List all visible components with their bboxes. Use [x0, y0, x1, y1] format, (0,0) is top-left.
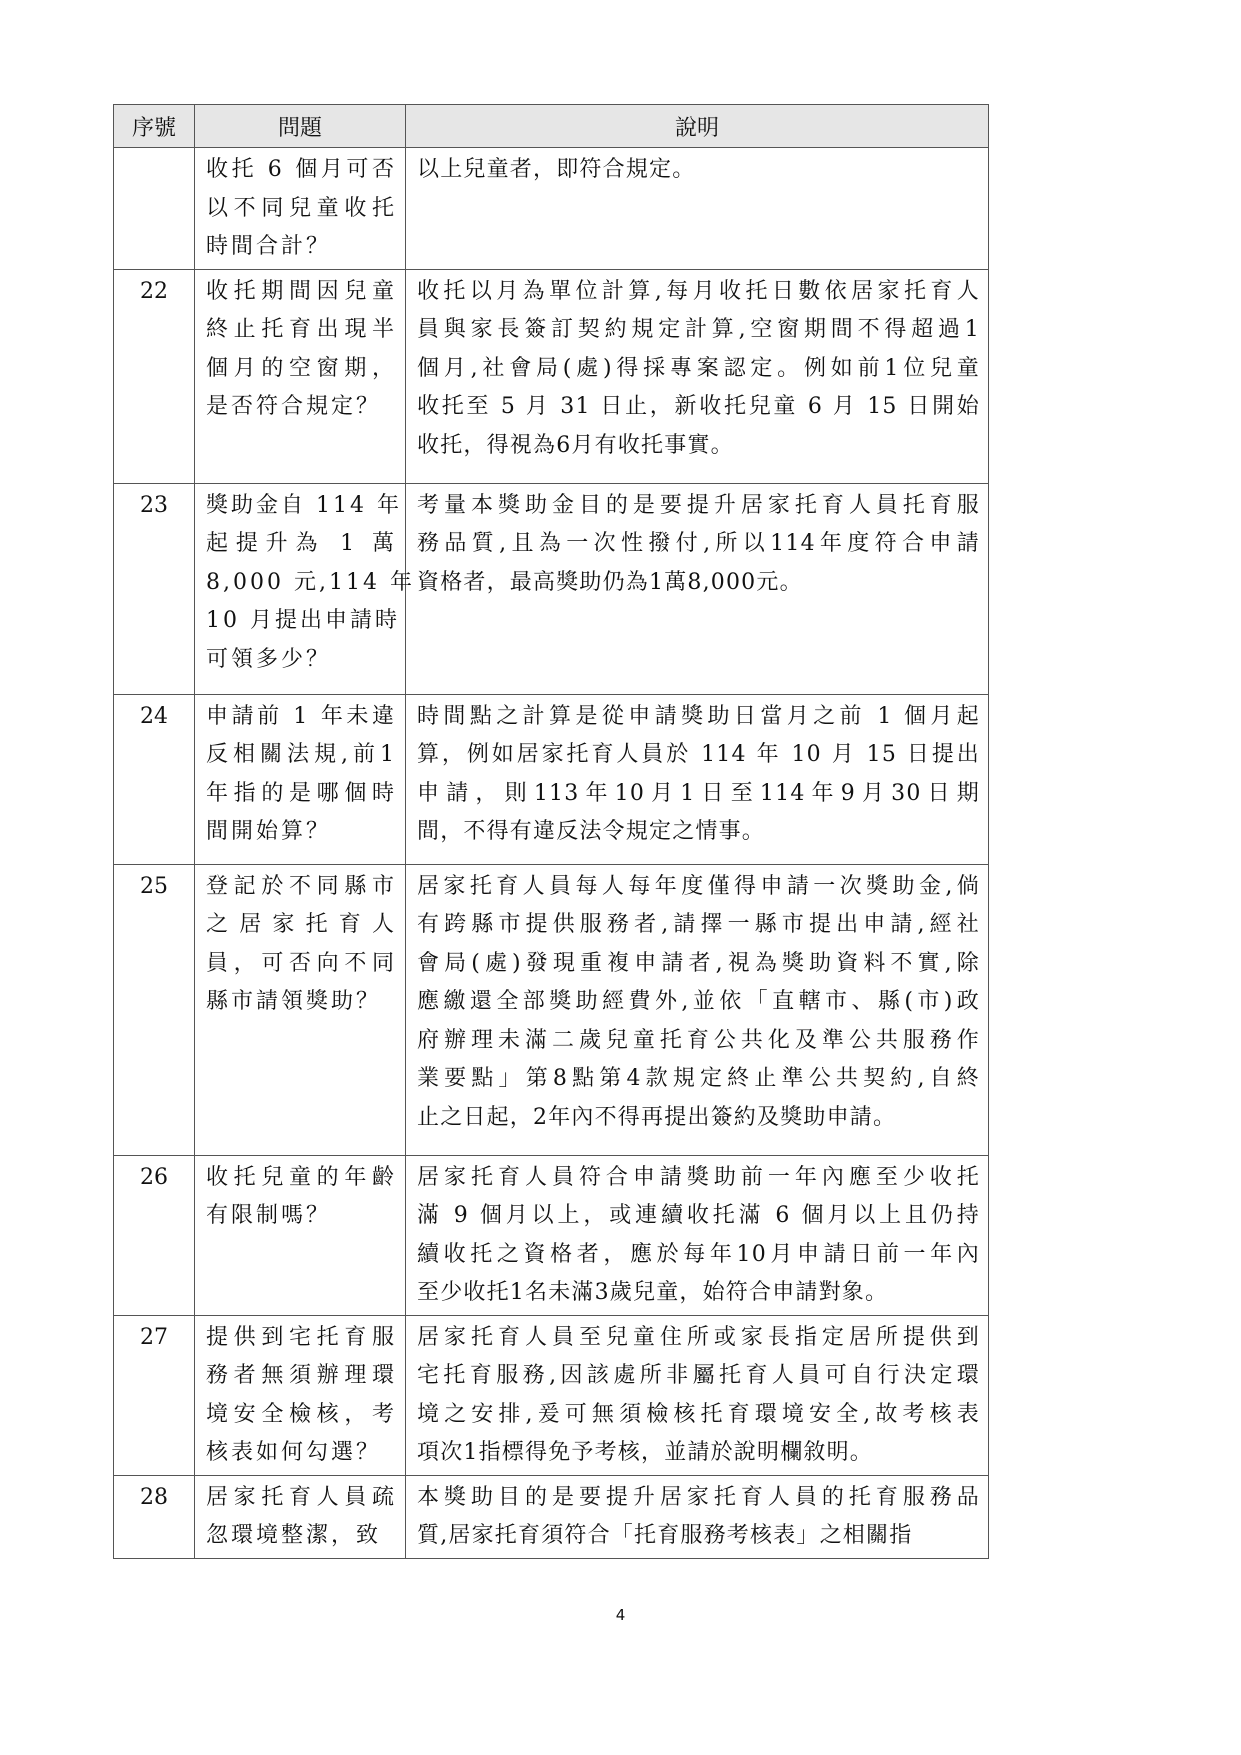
question-line: 有限制嗎？: [206, 1197, 397, 1236]
answer-line: 有跨縣市提供服務者,請擇一縣市提出申請,經社: [417, 906, 980, 945]
answer-cell: 居家托育人員每人每年度僅得申請一次獎助金,倘有跨縣市提供服務者,請擇一縣市提出申…: [406, 864, 989, 1155]
table-body: 收托 6 個月可否以不同兒童收托時間合計？以上兒童者，即符合規定。22收托期間因…: [114, 148, 989, 1559]
answer-line: 時間點之計算是從申請獎助日當月之前 1 個月起: [417, 698, 980, 737]
question-line: 境安全檢核，考: [206, 1396, 397, 1435]
question-line: 之居家托育人: [206, 906, 397, 945]
answer-line: 會局(處)發現重複申請者,視為獎助資料不實,除: [417, 945, 980, 984]
answer-line: 員與家長簽訂契約規定計算,空窗期間不得超過1: [417, 311, 980, 350]
answer-line: 項次1指標得免予考核，並請於說明欄敘明。: [417, 1434, 980, 1473]
answer-line: 本獎助目的是要提升居家托育人員的托育服務品: [417, 1479, 980, 1518]
question-cell: 獎助金自 114 年起提升為 1 萬8,000 元,114 年10 月提出申請時…: [195, 483, 406, 694]
answer-line: 申請，則113年10月1日至114年9月30日期: [417, 775, 980, 814]
document-page: 序號 問題 說明 收托 6 個月可否以不同兒童收托時間合計？以上兒童者，即符合規…: [0, 0, 1241, 1755]
question-line: 間開始算？: [206, 813, 397, 852]
row-number: 24: [114, 694, 195, 864]
answer-line: 境之安排,爰可無須檢核托育環境安全,故考核表: [417, 1396, 980, 1435]
question-line: 10 月提出申請時: [206, 602, 397, 641]
answer-line: 至少收托1名未滿3歲兒童，始符合申請對象。: [417, 1274, 980, 1313]
row-number: 22: [114, 269, 195, 483]
answer-line: 滿 9 個月以上，或連續收托滿 6 個月以上且仍持: [417, 1197, 980, 1236]
question-line: 提供到宅托育服: [206, 1319, 397, 1358]
question-line: 年指的是哪個時: [206, 775, 397, 814]
question-line: 縣市請領獎助？: [206, 983, 397, 1022]
answer-line: 府辦理未滿二歲兒童托育公共化及準公共服務作: [417, 1022, 980, 1061]
row-number: 28: [114, 1475, 195, 1558]
answer-cell: 居家托育人員符合申請獎助前一年內應至少收托滿 9 個月以上，或連續收托滿 6 個…: [406, 1155, 989, 1315]
answer-cell: 考量本獎助金目的是要提升居家托育人員托育服務品質,且為一次性撥付,所以114年度…: [406, 483, 989, 694]
faq-table: 序號 問題 說明 收托 6 個月可否以不同兒童收托時間合計？以上兒童者，即符合規…: [113, 104, 989, 1559]
row-number: 23: [114, 483, 195, 694]
question-line: 以不同兒童收托: [206, 190, 397, 229]
answer-line: 續收托之資格者，應於每年10月申請日前一年內: [417, 1236, 980, 1275]
answer-line: 以上兒童者，即符合規定。: [417, 151, 980, 190]
question-line: 8,000 元,114 年: [206, 564, 397, 603]
column-header-question: 問題: [195, 105, 406, 148]
answer-line: 居家托育人員每人每年度僅得申請一次獎助金,倘: [417, 868, 980, 907]
table-header-row: 序號 問題 說明: [114, 105, 989, 148]
question-line: 是否符合規定？: [206, 388, 397, 427]
question-line: 居家托育人員疏: [206, 1479, 397, 1518]
question-line: 起提升為 1 萬: [206, 525, 397, 564]
question-line: 核表如何勾選？: [206, 1434, 397, 1473]
table-row: 24申請前 1 年未違反相關法規,前1年指的是哪個時間開始算？時間點之計算是從申…: [114, 694, 989, 864]
table-row: 26收托兒童的年齡有限制嗎？居家托育人員符合申請獎助前一年內應至少收托滿 9 個…: [114, 1155, 989, 1315]
question-cell: 登記於不同縣市之居家托育人員，可否向不同縣市請領獎助？: [195, 864, 406, 1155]
answer-line: 資格者，最高獎助仍為1萬8,000元。: [417, 564, 980, 603]
answer-line: 收托至 5 月 31 日止，新收托兒童 6 月 15 日開始: [417, 388, 980, 427]
answer-line: 收托，得視為6月有收托事實。: [417, 427, 980, 466]
answer-line: 算，例如居家托育人員於 114 年 10 月 15 日提出: [417, 736, 980, 775]
answer-line: 務品質,且為一次性撥付,所以114年度符合申請: [417, 525, 980, 564]
row-number: 25: [114, 864, 195, 1155]
question-cell: 收托兒童的年齡有限制嗎？: [195, 1155, 406, 1315]
row-number: 26: [114, 1155, 195, 1315]
question-line: 員，可否向不同: [206, 945, 397, 984]
question-line: 終止托育出現半: [206, 311, 397, 350]
question-line: 收托 6 個月可否: [206, 151, 397, 190]
table-row: 收托 6 個月可否以不同兒童收托時間合計？以上兒童者，即符合規定。: [114, 148, 989, 270]
answer-line: 收托以月為單位計算,每月收托日數依居家托育人: [417, 273, 980, 312]
answer-cell: 時間點之計算是從申請獎助日當月之前 1 個月起算，例如居家托育人員於 114 年…: [406, 694, 989, 864]
question-line: 可領多少？: [206, 641, 397, 680]
question-line: 申請前 1 年未違: [206, 698, 397, 737]
row-number: 27: [114, 1315, 195, 1475]
answer-line: 考量本獎助金目的是要提升居家托育人員托育服: [417, 487, 980, 526]
page-number: 4: [0, 1606, 1241, 1624]
question-line: 個月的空窗期，: [206, 350, 397, 389]
question-line: 忽環境整潔，致: [206, 1517, 397, 1556]
question-line: 反相關法規,前1: [206, 736, 397, 775]
table-row: 28居家托育人員疏忽環境整潔，致本獎助目的是要提升居家托育人員的托育服務品質,居…: [114, 1475, 989, 1558]
question-cell: 收托 6 個月可否以不同兒童收托時間合計？: [195, 148, 406, 270]
answer-line: 宅托育服務,因該處所非屬托育人員可自行決定環: [417, 1357, 980, 1396]
table-row: 23獎助金自 114 年起提升為 1 萬8,000 元,114 年10 月提出申…: [114, 483, 989, 694]
table-row: 27提供到宅托育服務者無須辦理環境安全檢核，考核表如何勾選？居家托育人員至兒童住…: [114, 1315, 989, 1475]
answer-line: 居家托育人員至兒童住所或家長指定居所提供到: [417, 1319, 980, 1358]
answer-cell: 本獎助目的是要提升居家托育人員的托育服務品質,居家托育須符合「托育服務考核表」之…: [406, 1475, 989, 1558]
question-line: 時間合計？: [206, 228, 397, 267]
answer-line: 間，不得有違反法令規定之情事。: [417, 813, 980, 852]
question-cell: 提供到宅托育服務者無須辦理環境安全檢核，考核表如何勾選？: [195, 1315, 406, 1475]
answer-cell: 居家托育人員至兒童住所或家長指定居所提供到宅托育服務,因該處所非屬托育人員可自行…: [406, 1315, 989, 1475]
question-line: 獎助金自 114 年: [206, 487, 397, 526]
row-number: [114, 148, 195, 270]
question-line: 收托期間因兒童: [206, 273, 397, 312]
question-cell: 居家托育人員疏忽環境整潔，致: [195, 1475, 406, 1558]
question-line: 務者無須辦理環: [206, 1357, 397, 1396]
answer-line: 個月,社會局(處)得採專案認定。例如前1位兒童: [417, 350, 980, 389]
question-cell: 申請前 1 年未違反相關法規,前1年指的是哪個時間開始算？: [195, 694, 406, 864]
question-line: 登記於不同縣市: [206, 868, 397, 907]
question-cell: 收托期間因兒童終止托育出現半個月的空窗期，是否符合規定？: [195, 269, 406, 483]
column-header-no: 序號: [114, 105, 195, 148]
answer-cell: 以上兒童者，即符合規定。: [406, 148, 989, 270]
table-row: 22收托期間因兒童終止托育出現半個月的空窗期，是否符合規定？收托以月為單位計算,…: [114, 269, 989, 483]
answer-line: 止之日起，2年內不得再提出簽約及獎助申請。: [417, 1099, 980, 1138]
answer-line: 業要點」第8點第4款規定終止準公共契約,自終: [417, 1060, 980, 1099]
question-line: 收托兒童的年齡: [206, 1159, 397, 1198]
answer-line: 質,居家托育須符合「托育服務考核表」之相關指: [417, 1517, 980, 1556]
table-row: 25登記於不同縣市之居家托育人員，可否向不同縣市請領獎助？居家托育人員每人每年度…: [114, 864, 989, 1155]
answer-line: 居家托育人員符合申請獎助前一年內應至少收托: [417, 1159, 980, 1198]
answer-cell: 收托以月為單位計算,每月收托日數依居家托育人員與家長簽訂契約規定計算,空窗期間不…: [406, 269, 989, 483]
column-header-answer: 說明: [406, 105, 989, 148]
answer-line: 應繳還全部獎助經費外,並依「直轄市、縣(市)政: [417, 983, 980, 1022]
